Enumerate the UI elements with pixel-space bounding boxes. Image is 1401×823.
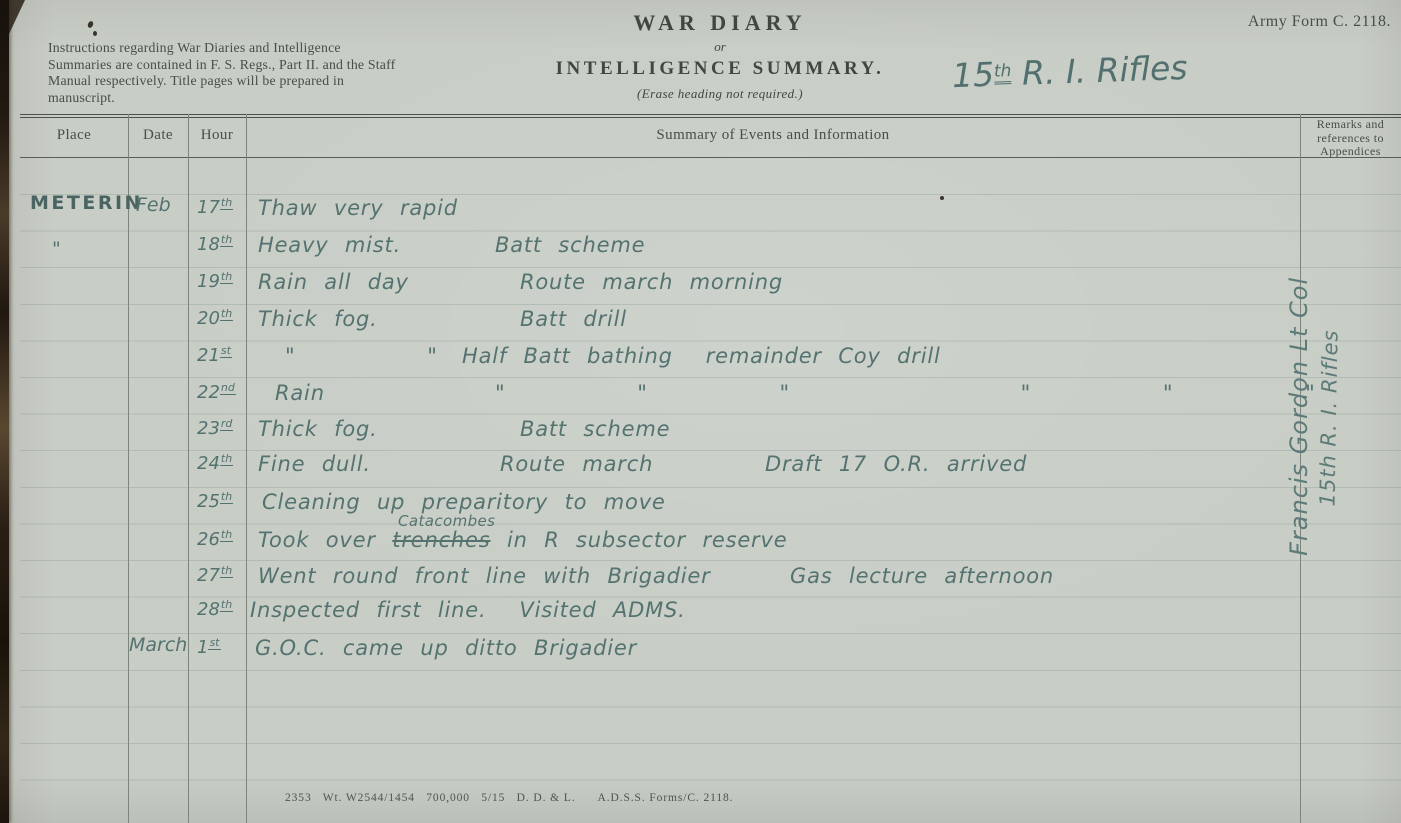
- war-diary-page: Instructions regarding War Diaries and I…: [0, 0, 1401, 823]
- entry-text: G.O.C. came up ditto Brigadier: [255, 636, 637, 660]
- form-title-block: WAR DIARY or INTELLIGENCE SUMMARY. (Eras…: [470, 10, 970, 102]
- entry-text: " " " " " ": [495, 381, 1316, 405]
- entry-text: Took over trenches in R subsector reserv…: [258, 528, 787, 552]
- entry-day: 20th: [197, 307, 233, 329]
- entry-text: Route march: [500, 452, 653, 476]
- entry-text: Fine dull.: [258, 452, 371, 476]
- ink-speck: [87, 20, 94, 28]
- unit-annotation: 15th R. I. Rifles: [951, 48, 1188, 95]
- entry-text: Thick fog.: [258, 417, 378, 441]
- entry-day: 26th: [197, 528, 233, 550]
- signature-unit: 15th R. I. Rifles: [1312, 158, 1345, 678]
- entry-text: " ": [285, 344, 438, 368]
- entry-day: 22nd: [197, 381, 236, 403]
- entry-text: Batt scheme: [520, 417, 670, 441]
- entry-day: 18th: [197, 233, 233, 255]
- entry-day: 27th: [197, 564, 233, 586]
- entry-text: Route march morning: [520, 270, 783, 294]
- table-top-rule-2: [20, 117, 1401, 118]
- entry-day: 24th: [197, 452, 233, 474]
- entry-date: Feb: [136, 194, 171, 216]
- entry-text: Thaw very rapid: [258, 196, 458, 220]
- entry-text: Inspected first line. Visited ADMS.: [250, 598, 686, 622]
- entry-text: Half Batt bathing remainder Coy drill: [462, 344, 941, 368]
- scan-corner-mark: [9, 0, 25, 34]
- unit-number: 15: [951, 55, 994, 95]
- entry-insertion: Catacombes: [398, 512, 495, 530]
- entry-day: 23rd: [197, 417, 233, 439]
- form-title-note: (Erase heading not required.): [470, 86, 970, 102]
- entry-day: 1st: [197, 636, 221, 658]
- column-header-remarks: Remarks and references to Appendices: [1303, 118, 1398, 159]
- column-header-place: Place: [20, 127, 128, 144]
- scan-left-edge: [0, 0, 9, 823]
- entry-text: Draft 17 O.R. arrived: [765, 452, 1027, 476]
- entry-text: Batt drill: [520, 307, 627, 331]
- entry-text: Heavy mist.: [258, 233, 401, 257]
- entry-day: 21st: [197, 344, 232, 366]
- instructions-note: Instructions regarding War Diaries and I…: [48, 40, 400, 106]
- entry-place: ": [52, 238, 61, 260]
- form-title: WAR DIARY: [470, 10, 970, 36]
- entry-day: 19th: [197, 270, 233, 292]
- column-header-summary: Summary of Events and Information: [246, 127, 1300, 144]
- unit-ordinal: th: [994, 61, 1012, 85]
- entry-date: March: [129, 634, 187, 656]
- entry-text: Rain all day: [258, 270, 409, 294]
- entry-day: 17th: [197, 196, 233, 218]
- entry-text: Went round front line with Brigadier: [258, 564, 711, 588]
- printer-imprint: 2353 Wt. W2544/1454 700,000 5/15 D. D. &…: [285, 792, 733, 804]
- form-title-or: or: [470, 39, 970, 55]
- header-bottom-rule: [20, 157, 1401, 158]
- entry-day: 25th: [197, 490, 233, 512]
- column-header-date: Date: [128, 127, 188, 144]
- form-subtitle: INTELLIGENCE SUMMARY.: [470, 58, 970, 80]
- form-number: Army Form C. 2118.: [1248, 13, 1391, 31]
- ink-speck: [93, 31, 97, 36]
- entry-text: Rain: [275, 381, 325, 405]
- unit-name: R. I. Rifles: [1011, 48, 1188, 93]
- entry-text: Cleaning up preparitory to move: [262, 490, 666, 514]
- entry-day: 28th: [197, 598, 233, 620]
- entry-text: Batt scheme: [495, 233, 645, 257]
- signature-name: Francis Gordon Lt Col: [1285, 156, 1313, 676]
- entry-text: Gas lecture afternoon: [790, 564, 1054, 588]
- column-header-hour: Hour: [188, 127, 246, 144]
- table-top-rule: [20, 114, 1401, 115]
- entry-place: METERIN: [30, 192, 143, 214]
- entry-text: Thick fog.: [258, 307, 378, 331]
